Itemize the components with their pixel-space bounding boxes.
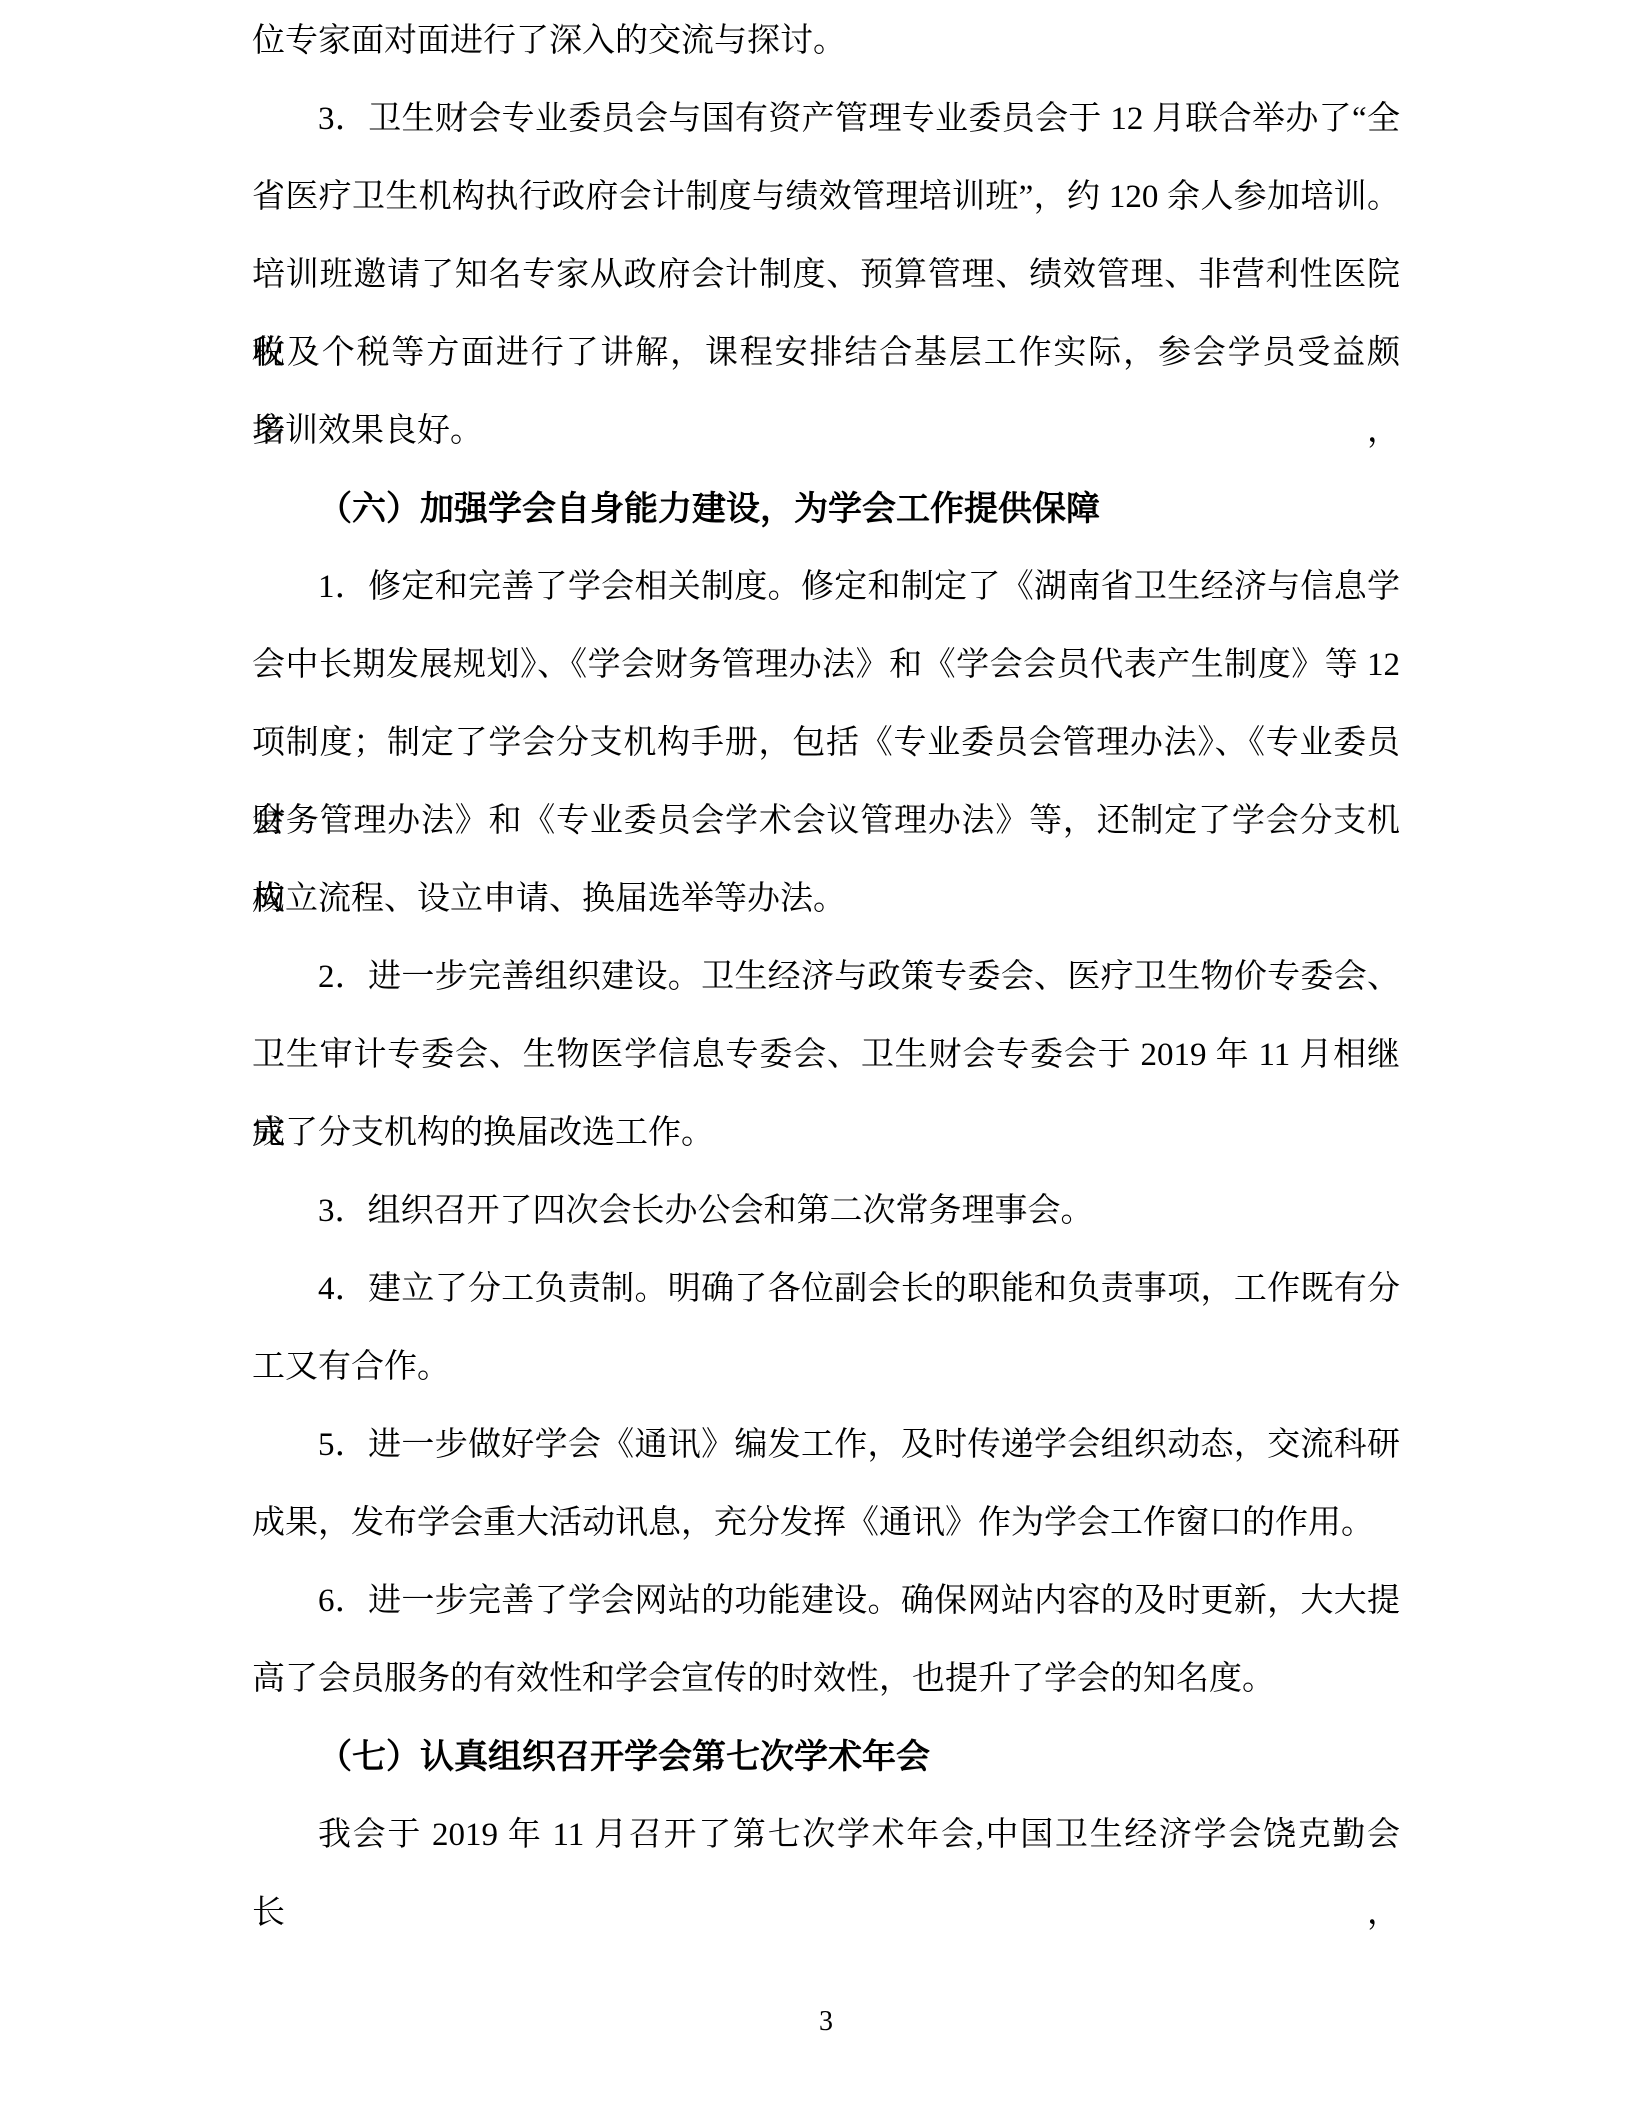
- text-line: 培训班邀请了知名专家从政府会计制度、预算管理、绩效管理、非营利性医院税: [252, 236, 1400, 314]
- text-line: 项制度；制定了学会分支机构手册，包括《专业委员会管理办法》、《专业委员会: [252, 704, 1400, 782]
- text-line: 高了会员服务的有效性和学会宣传的时效性，也提升了学会的知名度。: [252, 1640, 1400, 1718]
- section-heading-six: （六）加强学会自身能力建设，为学会工作提供保障: [252, 470, 1400, 548]
- text-line: 6．进一步完善了学会网站的功能建设。确保网站内容的及时更新，大大提: [252, 1562, 1400, 1640]
- text-line: 工又有合作。: [252, 1328, 1400, 1406]
- text-line: 省医疗卫生机构执行政府会计制度与绩效管理培训班”，约 120 余人参加培训。: [252, 158, 1400, 236]
- text-line: 位专家面对面进行了深入的交流与探讨。: [252, 2, 1400, 80]
- text-line: 收及个税等方面进行了讲解，课程安排结合基层工作实际，参会学员受益颇多，: [252, 314, 1400, 392]
- text-line: 5．进一步做好学会《通讯》编发工作，及时传递学会组织动态，交流科研: [252, 1406, 1400, 1484]
- page-number: 3: [0, 2000, 1652, 2044]
- text-line: 成立流程、设立申请、换届选举等办法。: [252, 860, 1400, 938]
- text-line: 我会于 2019 年 11 月召开了第七次学术年会,中国卫生经济学会饶克勤会长，: [252, 1796, 1400, 1874]
- text-line: 财务管理办法》和《专业委员会学术会议管理办法》等，还制定了学会分支机构: [252, 782, 1400, 860]
- text-line: 1．修定和完善了学会相关制度。修定和制定了《湖南省卫生经济与信息学: [252, 548, 1400, 626]
- text-line: 成果，发布学会重大活动讯息，充分发挥《通讯》作为学会工作窗口的作用。: [252, 1484, 1400, 1562]
- text-line: 成了分支机构的换届改选工作。: [252, 1094, 1400, 1172]
- text-line: 3．组织召开了四次会长办公会和第二次常务理事会。: [252, 1172, 1400, 1250]
- text-line: 4．建立了分工负责制。明确了各位副会长的职能和负责事项，工作既有分: [252, 1250, 1400, 1328]
- text-line: 卫生审计专委会、生物医学信息专委会、卫生财会专委会于 2019 年 11 月相继…: [252, 1016, 1400, 1094]
- text-line: 2．进一步完善组织建设。卫生经济与政策专委会、医疗卫生物价专委会、: [252, 938, 1400, 1016]
- text-line: 会中长期发展规划》、《学会财务管理办法》和《学会会员代表产生制度》等 12: [252, 626, 1400, 704]
- document-page: 位专家面对面进行了深入的交流与探讨。 3．卫生财会专业委员会与国有资产管理专业委…: [0, 0, 1652, 2118]
- document-text-block: 位专家面对面进行了深入的交流与探讨。 3．卫生财会专业委员会与国有资产管理专业委…: [252, 2, 1400, 1874]
- section-heading-seven: （七）认真组织召开学会第七次学术年会: [252, 1718, 1400, 1796]
- text-line: 3．卫生财会专业委员会与国有资产管理专业委员会于 12 月联合举办了“全: [252, 80, 1400, 158]
